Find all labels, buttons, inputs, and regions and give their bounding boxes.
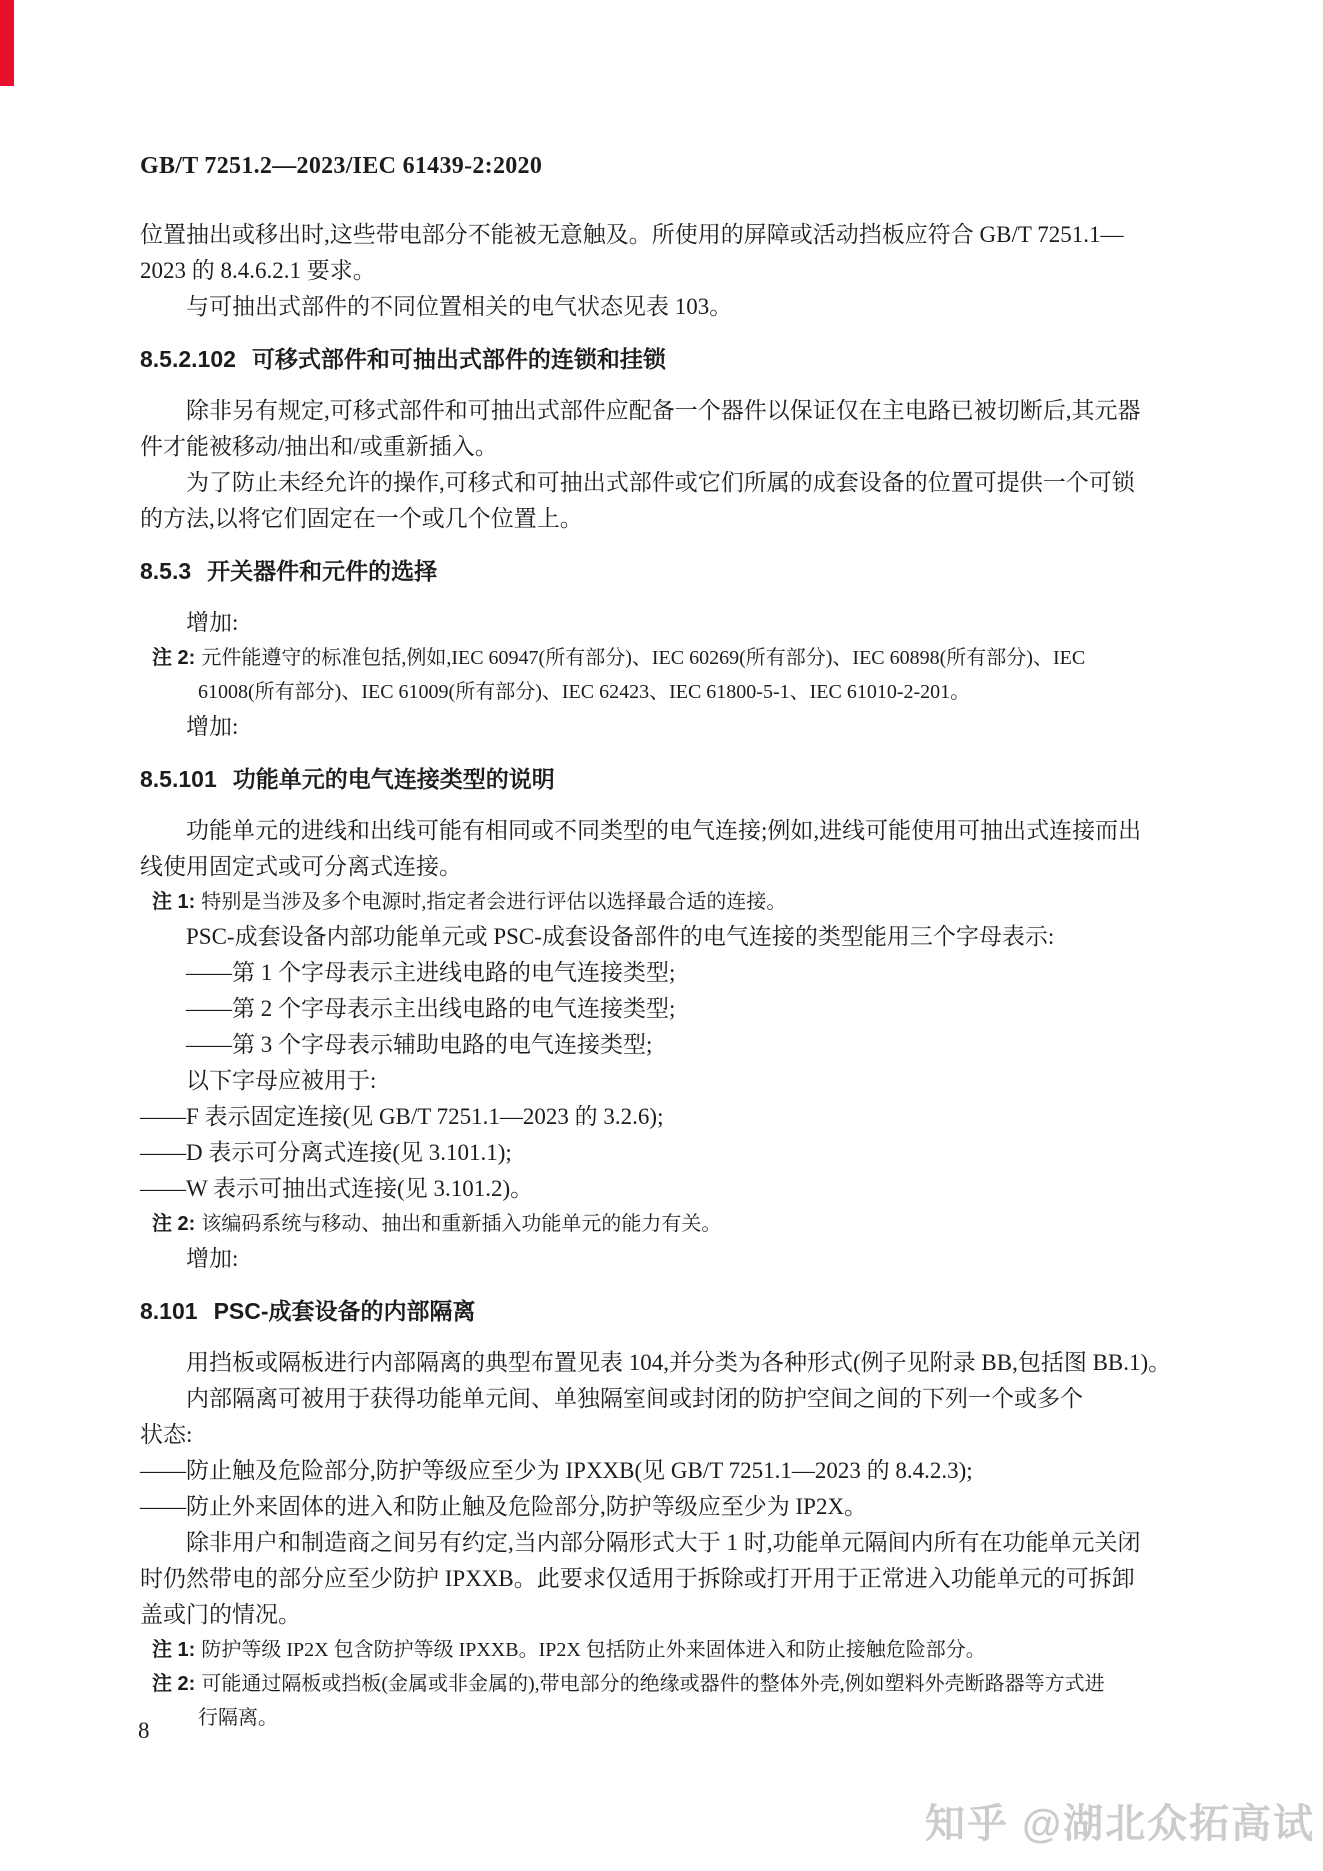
section-number: 8.101 [140, 1298, 198, 1324]
document-page: GB/T 7251.2—2023/IEC 61439-2:2020 位置抽出或移… [0, 0, 1323, 1871]
text-line: ——防止触及危险部分,防护等级应至少为 IPXXB(见 GB/T 7251.1—… [140, 1453, 1220, 1489]
section-title: 功能单元的电气连接类型的说明 [233, 766, 555, 792]
text-line: PSC-成套设备内部功能单元或 PSC-成套设备部件的电气连接的类型能用三个字母… [140, 919, 1220, 955]
section-title: 开关器件和元件的选择 [207, 558, 437, 584]
section-heading: 8.5.3开关器件和元件的选择 [140, 553, 1220, 589]
text-line: ——第 2 个字母表示主出线电路的电气连接类型; [140, 991, 1220, 1027]
text-line: 以下字母应被用于: [140, 1063, 1220, 1099]
text-line: 增加: [140, 1241, 1220, 1277]
standard-number-header: GB/T 7251.2—2023/IEC 61439-2:2020 [140, 150, 542, 182]
text-line: 的方法,以将它们固定在一个或几个位置上。 [140, 501, 1220, 537]
text-line: 状态: [140, 1417, 1220, 1453]
note-line: 行隔离。 [140, 1701, 1220, 1735]
text-line: 件才能被移动/抽出和/或重新插入。 [140, 429, 1220, 465]
text-line: ——第 1 个字母表示主进线电路的电气连接类型; [140, 955, 1220, 991]
text-line: 增加: [140, 605, 1220, 641]
text-line: 用挡板或隔板进行内部隔离的典型布置见表 104,并分类为各种形式(例子见附录 B… [140, 1345, 1220, 1381]
note-line: 61008(所有部分)、IEC 61009(所有部分)、IEC 62423、IE… [140, 675, 1220, 709]
note-label: 注 2: [152, 647, 195, 669]
text-line: 位置抽出或移出时,这些带电部分不能被无意触及。所使用的屏障或活动挡板应符合 GB… [140, 217, 1220, 253]
text-line: ——F 表示固定连接(见 GB/T 7251.1—2023 的 3.2.6); [140, 1099, 1220, 1135]
note-label: 注 2: [152, 1213, 195, 1235]
section-title: 可移式部件和可抽出式部件的连锁和挂锁 [252, 346, 666, 372]
section-number: 8.5.3 [140, 558, 191, 584]
text-line: 与可抽出式部件的不同位置相关的电气状态见表 103。 [140, 289, 1220, 325]
text-line: 线使用固定式或可分离式连接。 [140, 849, 1220, 885]
text-line: 增加: [140, 709, 1220, 745]
text-line: 除非另有规定,可移式部件和可抽出式部件应配备一个器件以保证仅在主电路已被切断后,… [140, 393, 1220, 429]
document-body: 位置抽出或移出时,这些带电部分不能被无意触及。所使用的屏障或活动挡板应符合 GB… [140, 217, 1220, 1735]
note-label: 注 1: [152, 1639, 195, 1661]
section-title: PSC-成套设备的内部隔离 [214, 1298, 476, 1324]
note-line: 注 2:元件能遵守的标准包括,例如,IEC 60947(所有部分)、IEC 60… [140, 641, 1220, 675]
text-line: 盖或门的情况。 [140, 1597, 1220, 1633]
note-text: 元件能遵守的标准包括,例如,IEC 60947(所有部分)、IEC 60269(… [201, 647, 1085, 669]
note-text: 可能通过隔板或挡板(金属或非金属的),带电部分的绝缘或器件的整体外壳,例如塑料外… [201, 1673, 1104, 1695]
text-line: 2023 的 8.4.6.2.1 要求。 [140, 253, 1220, 289]
text-line: ——D 表示可分离式连接(见 3.101.1); [140, 1135, 1220, 1171]
text-line: 为了防止未经允许的操作,可移式和可抽出式部件或它们所属的成套设备的位置可提供一个… [140, 465, 1220, 501]
section-heading: 8.101PSC-成套设备的内部隔离 [140, 1293, 1220, 1329]
watermark: 知乎 @湖北众拓高试 [925, 1792, 1315, 1849]
text-line: 除非用户和制造商之间另有约定,当内部分隔形式大于 1 时,功能单元隔间内所有在功… [140, 1525, 1220, 1561]
note-line: 注 1:防护等级 IP2X 包含防护等级 IPXXB。IP2X 包括防止外来固体… [140, 1633, 1220, 1667]
note-text: 特别是当涉及多个电源时,指定者会进行评估以选择最合适的连接。 [201, 891, 786, 913]
note-line: 注 2:可能通过隔板或挡板(金属或非金属的),带电部分的绝缘或器件的整体外壳,例… [140, 1667, 1220, 1701]
section-heading: 8.5.101功能单元的电气连接类型的说明 [140, 761, 1220, 797]
note-label: 注 1: [152, 891, 195, 913]
red-corner-marker [0, 0, 14, 86]
note-label: 注 2: [152, 1673, 195, 1695]
page-number: 8 [138, 1718, 150, 1744]
section-heading: 8.5.2.102可移式部件和可抽出式部件的连锁和挂锁 [140, 341, 1220, 377]
note-line: 注 1:特别是当涉及多个电源时,指定者会进行评估以选择最合适的连接。 [140, 885, 1220, 919]
section-number: 8.5.101 [140, 766, 217, 792]
text-line: ——防止外来固体的进入和防止触及危险部分,防护等级应至少为 IP2X。 [140, 1489, 1220, 1525]
text-line: 内部隔离可被用于获得功能单元间、单独隔室间或封闭的防护空间之间的下列一个或多个 [140, 1381, 1220, 1417]
text-line: ——W 表示可抽出式连接(见 3.101.2)。 [140, 1171, 1220, 1207]
note-line: 注 2:该编码系统与移动、抽出和重新插入功能单元的能力有关。 [140, 1207, 1220, 1241]
section-number: 8.5.2.102 [140, 346, 236, 372]
note-text: 防护等级 IP2X 包含防护等级 IPXXB。IP2X 包括防止外来固体进入和防… [201, 1639, 985, 1661]
text-line: 时仍然带电的部分应至少防护 IPXXB。此要求仅适用于拆除或打开用于正常进入功能… [140, 1561, 1220, 1597]
text-line: ——第 3 个字母表示辅助电路的电气连接类型; [140, 1027, 1220, 1063]
note-text: 该编码系统与移动、抽出和重新插入功能单元的能力有关。 [201, 1213, 721, 1235]
text-line: 功能单元的进线和出线可能有相同或不同类型的电气连接;例如,进线可能使用可抽出式连… [140, 813, 1220, 849]
